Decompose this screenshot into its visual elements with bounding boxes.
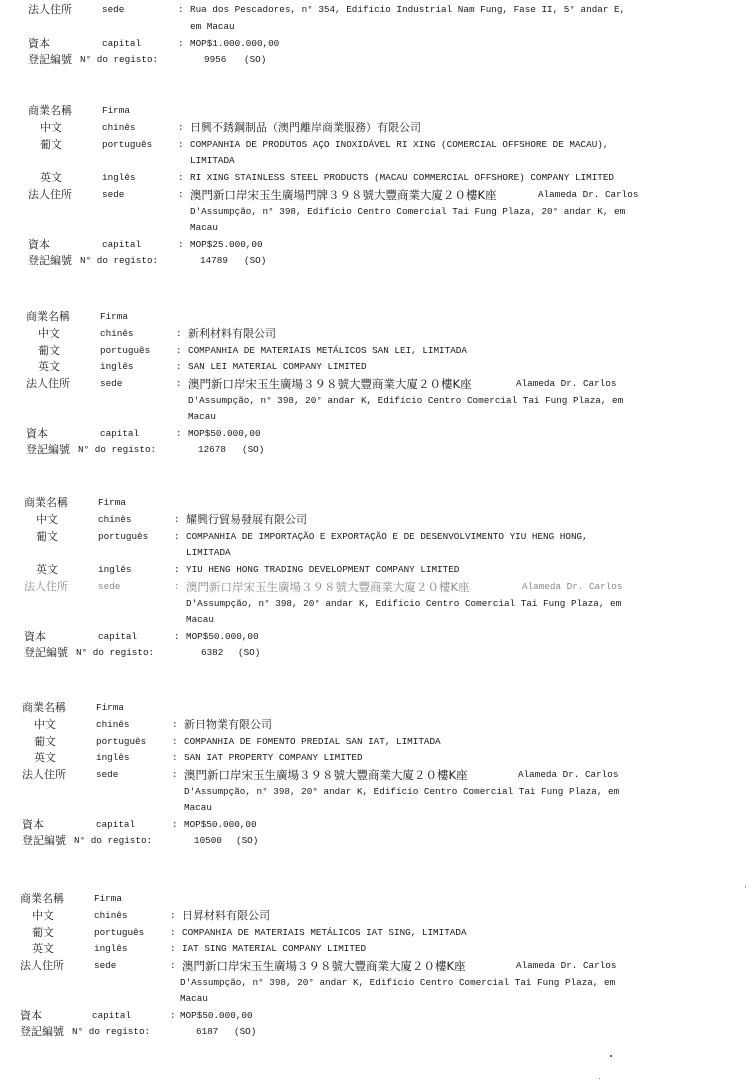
registo-label-zh: 登記編號 [24, 645, 68, 661]
name-english: IAT SING MATERIAL COMPANY LIMITED [182, 941, 366, 957]
portugues-label-zh: 葡文 [32, 925, 54, 941]
registo-suffix: (SO) [234, 1024, 256, 1040]
sede-label-pt: sede [102, 2, 124, 18]
capital-label-zh: 資本 [28, 237, 50, 253]
registo-label-zh: 登記編號 [20, 1024, 64, 1040]
registo-label-zh: 登記編號 [28, 52, 72, 68]
registo-label-zh: 登記編號 [28, 253, 72, 269]
chines-label-zh: 中文 [38, 326, 60, 342]
registo-label-pt: N° do registo: [80, 52, 158, 68]
registo-suffix: (SO) [242, 442, 264, 458]
registo-label-pt: N° do registo: [76, 645, 154, 661]
chines-label-pt: chinês [94, 908, 127, 924]
colon: : [172, 734, 178, 750]
ingles-label-zh: 英文 [32, 941, 54, 957]
registo-suffix: (SO) [244, 52, 266, 68]
colon: : [174, 562, 180, 578]
capital-label-pt: capital [96, 817, 135, 833]
registo-label-pt: N° do registo: [80, 253, 158, 269]
portugues-label-zh: 葡文 [40, 137, 62, 153]
capital-label-pt: capital [98, 629, 137, 645]
chines-label-pt: chinês [96, 717, 129, 733]
colon: : [176, 326, 182, 342]
capital-value: MOP$50.000,00 [180, 1008, 253, 1024]
sede-value-cont: Macau [190, 220, 218, 236]
ingles-label-pt: inglês [94, 941, 127, 957]
firma-label-pt: Firma [94, 891, 122, 907]
colon: : [176, 376, 182, 392]
sede-label-zh: 法人住所 [22, 767, 66, 783]
colon: : [170, 941, 176, 957]
registo-number: 6382 [201, 645, 223, 661]
sede-value-cont: D'Assumpção, n° 398, 20° andar K, Edifíc… [184, 784, 619, 800]
registo-number: 9956 [204, 52, 226, 68]
colon: : [178, 170, 184, 186]
colon: : [172, 817, 178, 833]
capital-value: MOP$1.000.000,00 [190, 36, 279, 52]
registo-number: 14789 [200, 253, 228, 269]
sede-label-pt: sede [100, 376, 122, 392]
sede-chinese: 澳門新口岸宋玉生廣場３９８號大豐商業大廈２０樓K座 [184, 767, 468, 783]
capital-value: MOP$50.000,00 [186, 629, 259, 645]
chines-label-zh: 中文 [40, 120, 62, 136]
portugues-label-pt: português [98, 529, 148, 545]
firma-label-zh: 商業名稱 [22, 700, 66, 716]
colon: : [170, 1008, 176, 1024]
scan-speck [610, 1055, 612, 1057]
colon: : [174, 579, 180, 595]
sede-value: Alameda Dr. Carlos [516, 958, 616, 974]
colon: : [174, 529, 180, 545]
scanned-document-page: 法人住所 sede : Rua dos Pescadores, n° 354, … [0, 0, 755, 1085]
firma-label-zh: 商業名稱 [24, 495, 68, 511]
registo-label-zh: 登記編號 [22, 833, 66, 849]
sede-value-cont: Macau [188, 409, 216, 425]
sede-value-cont: D'Assumpção, n° 398, 20° andar K, Edifíc… [188, 393, 623, 409]
colon: : [176, 426, 182, 442]
portugues-label-pt: português [94, 925, 144, 941]
firma-label-pt: Firma [96, 700, 124, 716]
capital-label-zh: 資本 [26, 426, 48, 442]
capital-value: MOP$50.000,00 [184, 817, 257, 833]
sede-value-cont: Macau [184, 800, 212, 816]
sede-label-zh: 法人住所 [20, 958, 64, 974]
sede-label-pt: sede [94, 958, 116, 974]
sede-value-cont: em Macau [190, 19, 235, 35]
sede-label-pt: sede [98, 579, 120, 595]
registo-label-pt: N° do registo: [74, 833, 152, 849]
scan-speck [599, 1078, 600, 1079]
ingles-label-zh: 英文 [36, 562, 58, 578]
portugues-label-zh: 葡文 [34, 734, 56, 750]
chines-label-pt: chinês [98, 512, 131, 528]
firma-label-zh: 商業名稱 [28, 103, 72, 119]
sede-chinese: 澳門新口岸宋玉生廣場３９８號大豐商業大廈２０樓K座 [188, 376, 472, 392]
sede-chinese: 澳門新口岸宋玉生廣場３９８號大豐商業大廈２０樓K座 [182, 958, 466, 974]
colon: : [174, 629, 180, 645]
name-portuguese: COMPANHIA DE PRODUTOS AÇO INOXIDÁVEL RI … [190, 137, 608, 153]
firma-label-zh: 商業名稱 [20, 891, 64, 907]
colon: : [176, 359, 182, 375]
sede-value-cont: D'Assumpção, n° 398, 20° andar K, Edifíc… [180, 975, 615, 991]
sede-value: Alameda Dr. Carlos [516, 376, 616, 392]
colon: : [170, 908, 176, 924]
ingles-label-pt: inglês [102, 170, 135, 186]
colon: : [170, 925, 176, 941]
sede-label-zh: 法人住所 [28, 2, 72, 18]
sede-value: Rua dos Pescadores, n° 354, Edifício Ind… [190, 2, 625, 18]
colon: : [178, 137, 184, 153]
registo-suffix: (SO) [244, 253, 266, 269]
registo-suffix: (SO) [236, 833, 258, 849]
chines-label-zh: 中文 [34, 717, 56, 733]
colon: : [172, 767, 178, 783]
sede-value-cont: D'Assumpção, n° 398, 20° andar K, Edifíc… [186, 596, 621, 612]
colon: : [174, 512, 180, 528]
ingles-label-zh: 英文 [34, 750, 56, 766]
ingles-label-zh: 英文 [40, 170, 62, 186]
capital-value: MOP$25.000,00 [190, 237, 263, 253]
name-chinese: 日興不銹鋼制品（澳門離岸商業服務）有限公司 [190, 120, 421, 136]
colon: : [178, 187, 184, 203]
sede-chinese: 澳門新口岸宋玉生廣場３９８號大豐商業大廈２０樓K座 [186, 579, 470, 595]
colon: : [172, 750, 178, 766]
capital-label-pt: capital [92, 1008, 131, 1024]
sede-value-cont: D'Assumpção, n° 398, Edifício Centro Com… [190, 204, 625, 220]
name-english: RI XING STAINLESS STEEL PRODUCTS (MACAU … [190, 170, 614, 186]
capital-label-zh: 資本 [24, 629, 46, 645]
portugues-label-zh: 葡文 [36, 529, 58, 545]
sede-value: Alameda Dr. Carlos [522, 579, 622, 595]
name-chinese: 日昇材料有限公司 [182, 908, 270, 924]
capital-label-pt: capital [102, 237, 141, 253]
ingles-label-zh: 英文 [38, 359, 60, 375]
registo-label-zh: 登記編號 [26, 442, 70, 458]
portugues-label-pt: português [100, 343, 150, 359]
sede-value: Alameda Dr. Carlos [518, 767, 618, 783]
capital-value: MOP$50.000,00 [188, 426, 261, 442]
capital-label-zh: 資本 [22, 817, 44, 833]
portugues-label-pt: português [102, 137, 152, 153]
chines-label-pt: chinês [100, 326, 133, 342]
sede-label-zh: 法人住所 [26, 376, 70, 392]
sede-label-zh: 法人住所 [28, 187, 72, 203]
ingles-label-pt: inglês [96, 750, 129, 766]
name-portuguese: COMPANHIA DE FOMENTO PREDIAL SAN IAT, LI… [184, 734, 441, 750]
registo-number: 10500 [194, 833, 222, 849]
registo-number: 12678 [198, 442, 226, 458]
ingles-label-pt: inglês [98, 562, 131, 578]
chines-label-zh: 中文 [36, 512, 58, 528]
colon: : [178, 36, 184, 52]
ingles-label-pt: inglês [100, 359, 133, 375]
name-portuguese: COMPANHIA DE MATERIAIS METÁLICOS SAN LEI… [188, 343, 467, 359]
sede-label-zh: 法人住所 [24, 579, 68, 595]
portugues-label-pt: português [96, 734, 146, 750]
name-chinese: 新日物業有限公司 [184, 717, 272, 733]
colon: : [170, 958, 176, 974]
registo-number: 6187 [196, 1024, 218, 1040]
firma-label-pt: Firma [102, 103, 130, 119]
colon: : [178, 120, 184, 136]
name-chinese: 耀興行貿易發展有限公司 [186, 512, 307, 528]
portugues-label-zh: 葡文 [38, 343, 60, 359]
sede-value: Alameda Dr. Carlos [538, 187, 638, 203]
capital-label-zh: 資本 [20, 1008, 42, 1024]
chines-label-pt: chinês [102, 120, 135, 136]
colon: : [172, 717, 178, 733]
sede-label-pt: sede [102, 187, 124, 203]
name-portuguese: COMPANHIA DE MATERIAIS METÁLICOS IAT SIN… [182, 925, 467, 941]
sede-value-cont: Macau [186, 612, 214, 628]
registo-suffix: (SO) [238, 645, 260, 661]
firma-label-pt: Firma [100, 309, 128, 325]
firma-label-pt: Firma [98, 495, 126, 511]
capital-label-zh: 資本 [28, 36, 50, 52]
colon: : [176, 343, 182, 359]
sede-value-cont: Macau [180, 991, 208, 1007]
sede-label-pt: sede [96, 767, 118, 783]
name-portuguese-cont: LIMITADA [186, 545, 231, 561]
name-english: YIU HENG HONG TRADING DEVELOPMENT COMPAN… [186, 562, 459, 578]
colon: : [178, 237, 184, 253]
capital-label-pt: capital [100, 426, 139, 442]
name-english: SAN IAT PROPERTY COMPANY LIMITED [184, 750, 363, 766]
name-english: SAN LEI MATERIAL COMPANY LIMITED [188, 359, 367, 375]
capital-label-pt: capital [102, 36, 141, 52]
colon: : [178, 2, 184, 18]
chines-label-zh: 中文 [32, 908, 54, 924]
name-portuguese: COMPANHIA DE IMPORTAÇÃO E EXPORTAÇÃO E D… [186, 529, 588, 545]
registo-label-pt: N° do registo: [78, 442, 156, 458]
scan-speck [745, 885, 746, 888]
sede-chinese: 澳門新口岸宋玉生廣場門牌３９８號大豐商業大廈２０樓K座 [190, 187, 497, 203]
registo-label-pt: N° do registo: [72, 1024, 150, 1040]
name-chinese: 新利材料有限公司 [188, 326, 276, 342]
firma-label-zh: 商業名稱 [26, 309, 70, 325]
name-portuguese-cont: LIMITADA [190, 153, 235, 169]
